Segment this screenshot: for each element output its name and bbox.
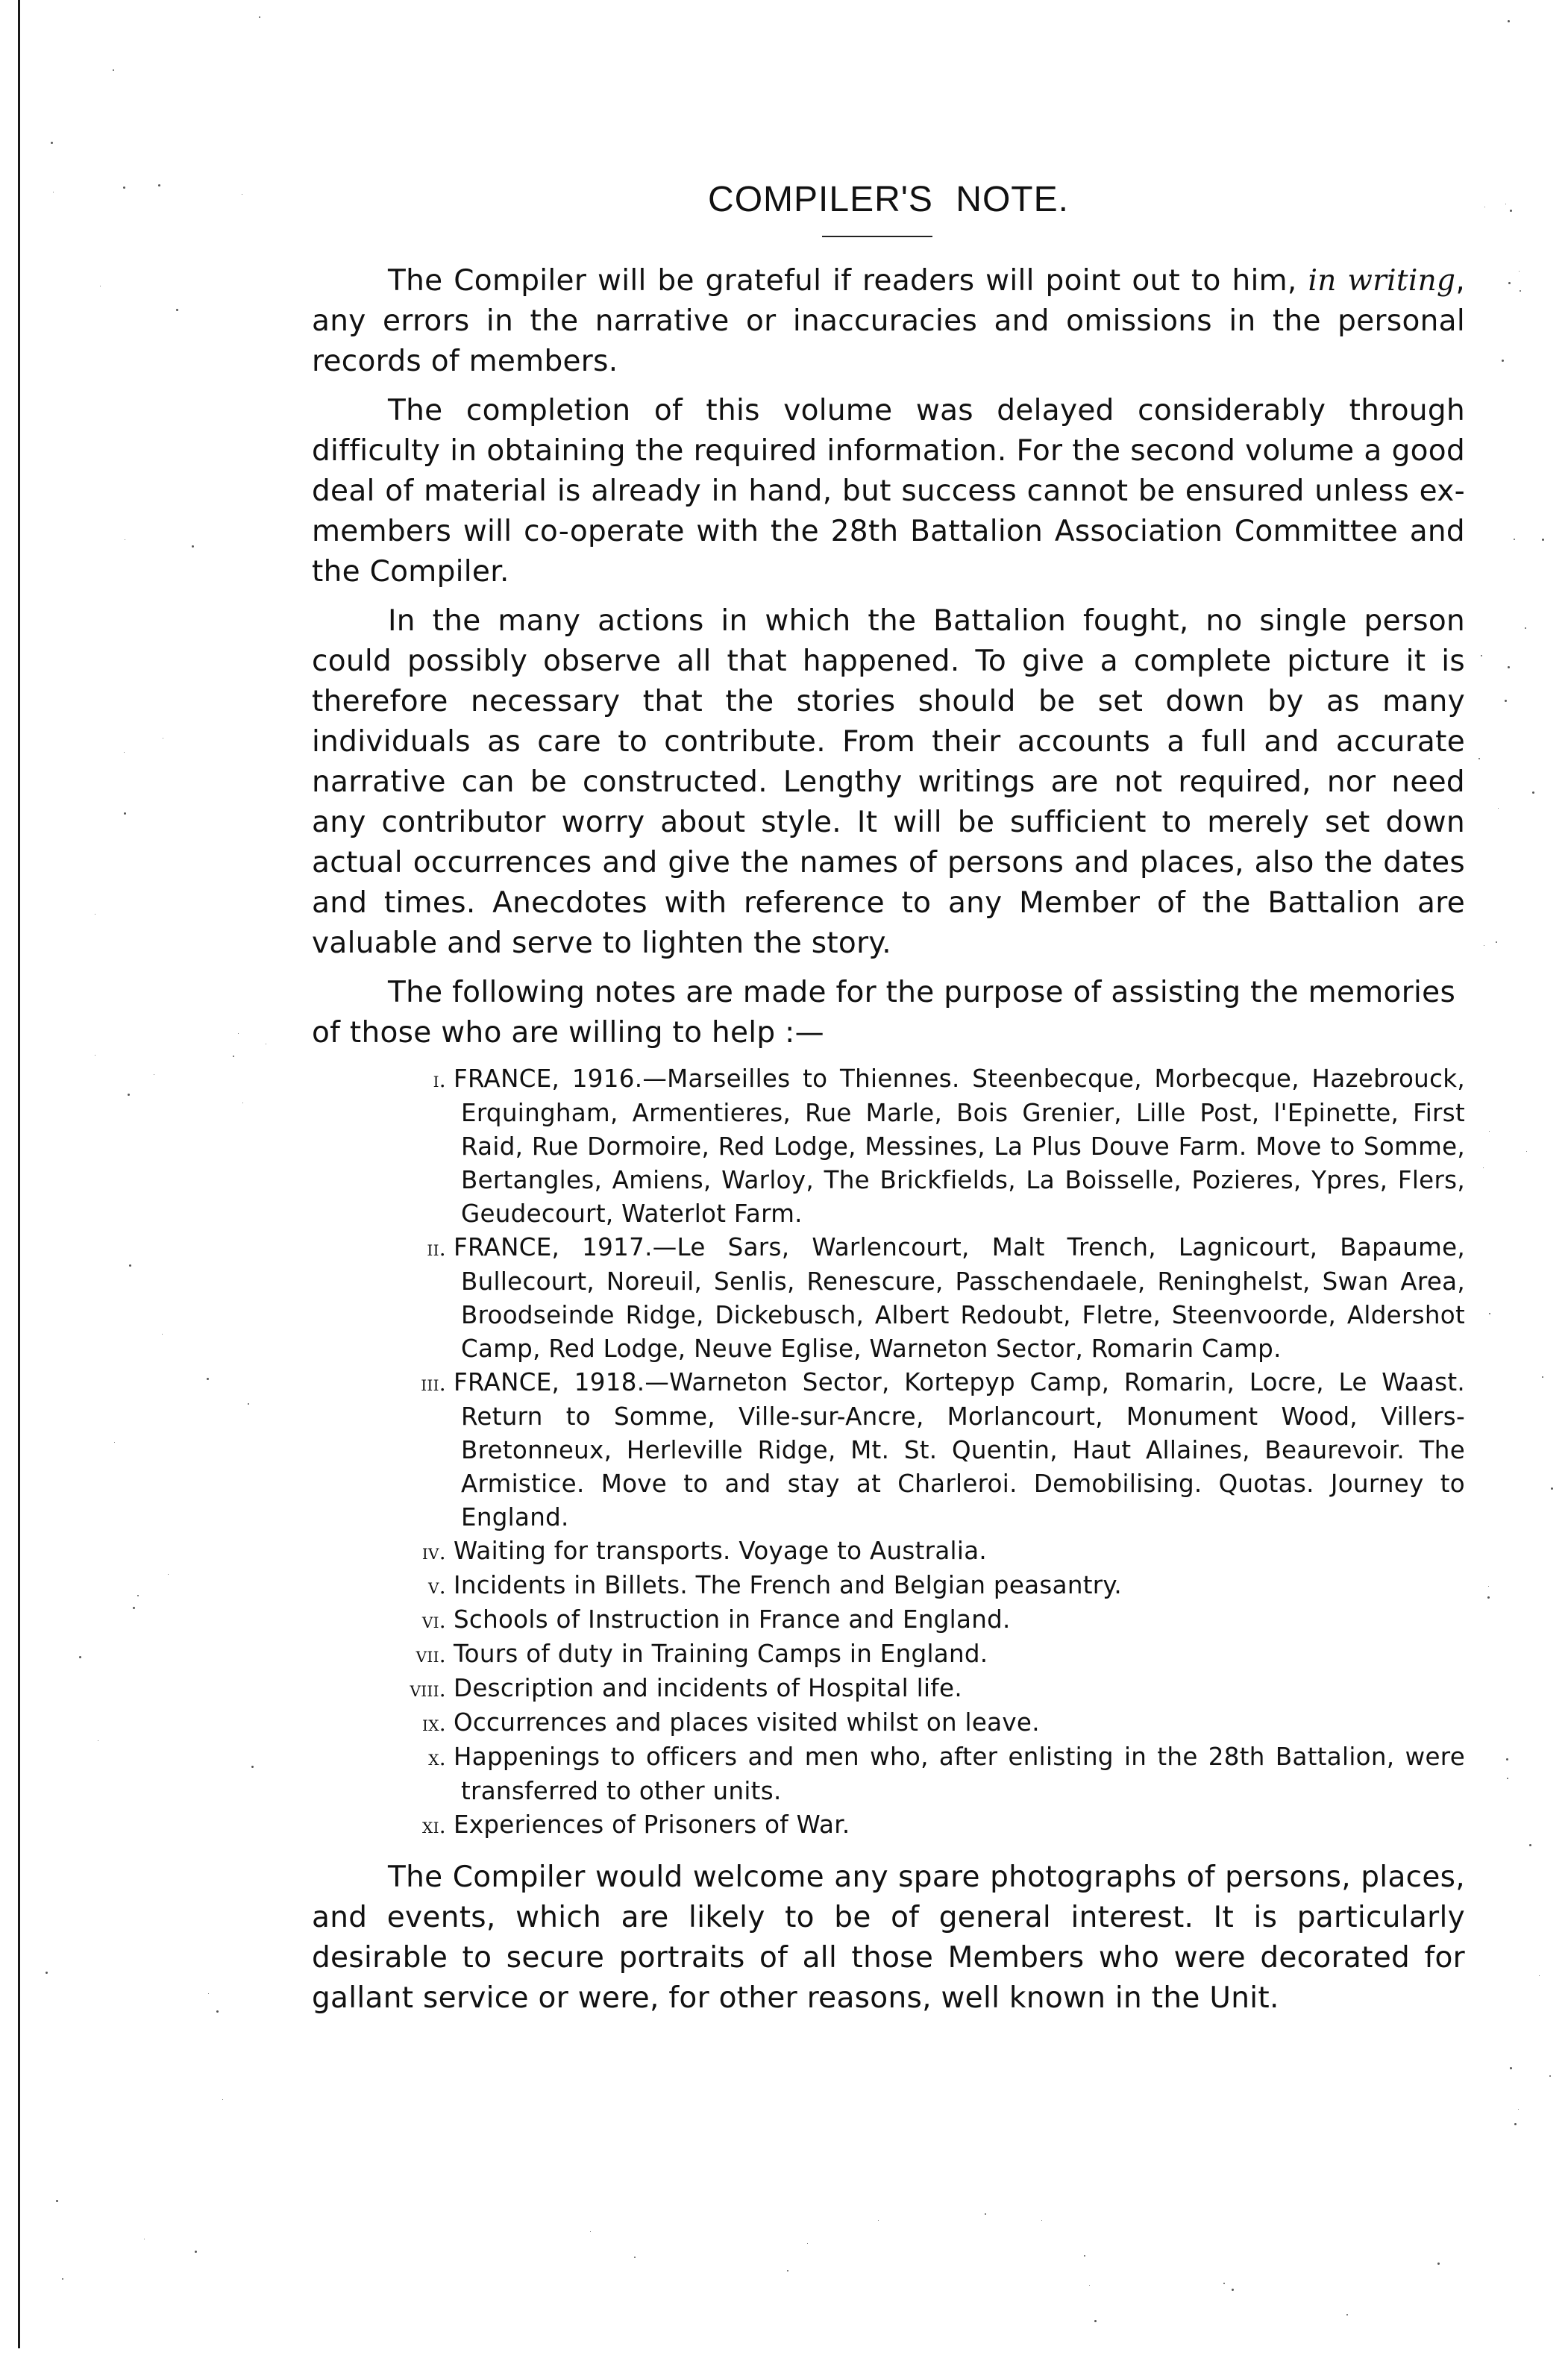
list-item-text: Incidents in Billets. The French and Bel… [454,1571,1122,1599]
scan-speck [807,2243,808,2244]
page-title: COMPILER'S NOTE. [312,179,1465,220]
scan-speck [1514,2123,1517,2125]
list-item-number: iii. [386,1367,454,1400]
scan-speck [1549,2075,1551,2077]
paragraph-corrections: The Compiler will be grateful if readers… [312,261,1465,382]
scan-speck [251,1766,254,1768]
scan-speck [266,1044,266,1044]
list-item-text: Tours of duty in Training Camps in Engla… [454,1640,988,1668]
list-item: vi.Schools of Instruction in France and … [312,1603,1465,1637]
list-item: i.FRANCE, 1916.—Marseilles to Thiennes. … [312,1062,1465,1231]
notes-list: i.FRANCE, 1916.—Marseilles to Thiennes. … [312,1062,1465,1843]
paragraph-following-notes: The following notes are made for the pur… [312,973,1465,1053]
list-item: iii.FRANCE, 1918.—Warneton Sector, Korte… [312,1366,1465,1534]
scan-speck [1223,2283,1225,2284]
scan-speck [242,194,242,195]
list-item-text: FRANCE, 1916.—Marseilles to Thiennes. St… [454,1065,1465,1228]
scan-speck [79,1656,81,1658]
scan-speck [1346,2314,1348,2315]
list-item: v.Incidents in Billets. The French and B… [312,1569,1465,1603]
list-item-text: Happenings to officers and men who, afte… [454,1743,1465,1805]
scan-speck [114,1442,115,1443]
scan-speck [216,2010,219,2013]
scan-speck [1525,627,1526,629]
scan-speck [1498,808,1499,809]
scan-speck [207,1378,209,1380]
scan-speck [144,2239,145,2239]
scan-speck [95,914,95,915]
scan-speck [1529,1844,1531,1846]
list-item: xi.Experiences of Prisoners of War. [312,1808,1465,1843]
paragraph-photographs: The Compiler would welcome any spare pho… [312,1857,1465,2019]
scan-speck [1520,290,1521,292]
paragraph-lead: The Compiler will be grateful if readers… [388,264,1297,298]
scan-speck [1437,2263,1440,2265]
scan-speck [590,2231,591,2232]
scan-speck [123,186,125,189]
paragraph-completion: The completion of this volume was delaye… [312,391,1465,592]
scan-speck [1481,655,1482,656]
scan-speck [125,539,125,540]
list-item-number: vi. [386,1604,454,1637]
scan-speck [259,16,260,18]
scan-speck [1484,945,1484,946]
list-item-text: Description and incidents of Hospital li… [454,1674,962,1702]
scan-speck [137,1595,139,1596]
scan-speck [113,69,114,71]
scan-speck [1041,2220,1042,2221]
scan-speck [100,286,101,286]
scan-speck [1542,539,1544,541]
scan-speck [1532,791,1534,794]
scan-speck [46,1972,48,1974]
paragraph-emphasis: in writing [1308,264,1455,298]
scan-speck [95,1055,95,1056]
scan-speck [1542,1376,1543,1378]
scan-speck [1510,2067,1512,2069]
list-item-text: FRANCE, 1918.—Warneton Sector, Kortepyp … [454,1368,1465,1531]
scan-speck [1496,941,1497,943]
list-item-number: vii. [386,1638,454,1672]
list-item-text: Occurrences and places visited whilst on… [454,1708,1040,1737]
scan-speck [1508,666,1510,668]
scan-speck [56,2200,58,2202]
list-item-number: i. [386,1063,454,1097]
list-item-number: ix. [386,1707,454,1740]
list-item-number: xi. [386,1809,454,1843]
scan-speck [1478,758,1480,759]
scan-speck [233,1056,234,1057]
scan-speck [248,1403,249,1405]
scan-speck [1507,1778,1508,1779]
scan-speck [787,2270,788,2271]
scan-speck [1518,2109,1519,2110]
scan-speck [1526,1151,1527,1152]
scan-speck [163,738,163,739]
scan-speck [1484,207,1485,207]
scan-speck [158,184,160,186]
scan-speck [1539,1975,1540,1976]
list-item-text: Waiting for transports. Voyage to Austra… [454,1537,987,1565]
list-item: viii.Description and incidents of Hospit… [312,1672,1465,1706]
scan-speck [1488,1586,1489,1587]
scan-speck [1487,1596,1490,1599]
scan-speck [985,2213,986,2215]
scan-speck [1232,2289,1234,2291]
scan-speck [1508,282,1511,284]
scan-speck [208,1993,209,1994]
list-item: ix.Occurrences and places visited whilst… [312,1706,1465,1740]
scan-speck [133,1607,135,1609]
list-item-text: Schools of Instruction in France and Eng… [454,1605,1011,1634]
scan-speck [1514,539,1515,540]
scan-speck [1551,1487,1553,1490]
scan-speck [1519,271,1520,272]
scan-speck [162,1334,163,1335]
list-item-text: FRANCE, 1917.—Le Sars, Warlencourt, Malt… [454,1233,1465,1363]
scan-speck [62,2278,63,2280]
scan-speck [128,1094,130,1096]
paragraph-actions: In the many actions in which the Battali… [312,601,1465,964]
scan-speck [1489,1131,1490,1132]
list-item: ii.FRANCE, 1917.—Le Sars, Warlencourt, M… [312,1231,1465,1366]
list-item: x.Happenings to officers and men who, af… [312,1740,1465,1808]
list-item: vii.Tours of duty in Training Camps in E… [312,1637,1465,1672]
scan-speck [222,2099,223,2100]
scan-speck [168,1574,169,1575]
scan-speck [238,1033,239,1034]
list-item-number: v. [386,1570,454,1603]
list-item-number: viii. [386,1672,454,1706]
scan-speck [53,192,54,192]
body-text: The Compiler will be grateful if readers… [312,261,1465,2028]
scan-speck [176,309,178,311]
list-item-text: Experiences of Prisoners of War. [454,1810,850,1839]
list-item-number: ii. [386,1232,454,1265]
scan-speck [1089,2285,1090,2286]
scan-speck [1508,20,1510,22]
scan-speck [1084,2255,1085,2257]
scan-speck [1505,204,1506,204]
scan-speck [51,142,53,144]
scan-speck [129,1264,131,1267]
list-item: iv.Waiting for transports. Voyage to Aus… [312,1534,1465,1569]
scan-speck [1510,210,1512,212]
scan-speck [154,1074,154,1075]
scan-speck [1502,360,1504,362]
scan-speck [124,812,126,815]
scan-speck [195,2251,197,2253]
scan-speck [124,752,125,753]
scan-speck [1094,2320,1097,2322]
scan-speck [242,1103,243,1103]
scan-speck [634,2257,636,2258]
title-divider [822,236,932,237]
list-item-number: iv. [386,1535,454,1569]
scan-speck [1505,700,1507,702]
page-edge-rule [18,0,20,2348]
scan-speck [192,545,194,548]
scan-speck [1483,1167,1484,1168]
scan-speck [1489,1313,1490,1314]
scan-speck [98,1740,98,1741]
scan-speck [878,2220,879,2221]
scan-speck [1506,1758,1508,1760]
list-item-number: x. [386,1741,454,1775]
